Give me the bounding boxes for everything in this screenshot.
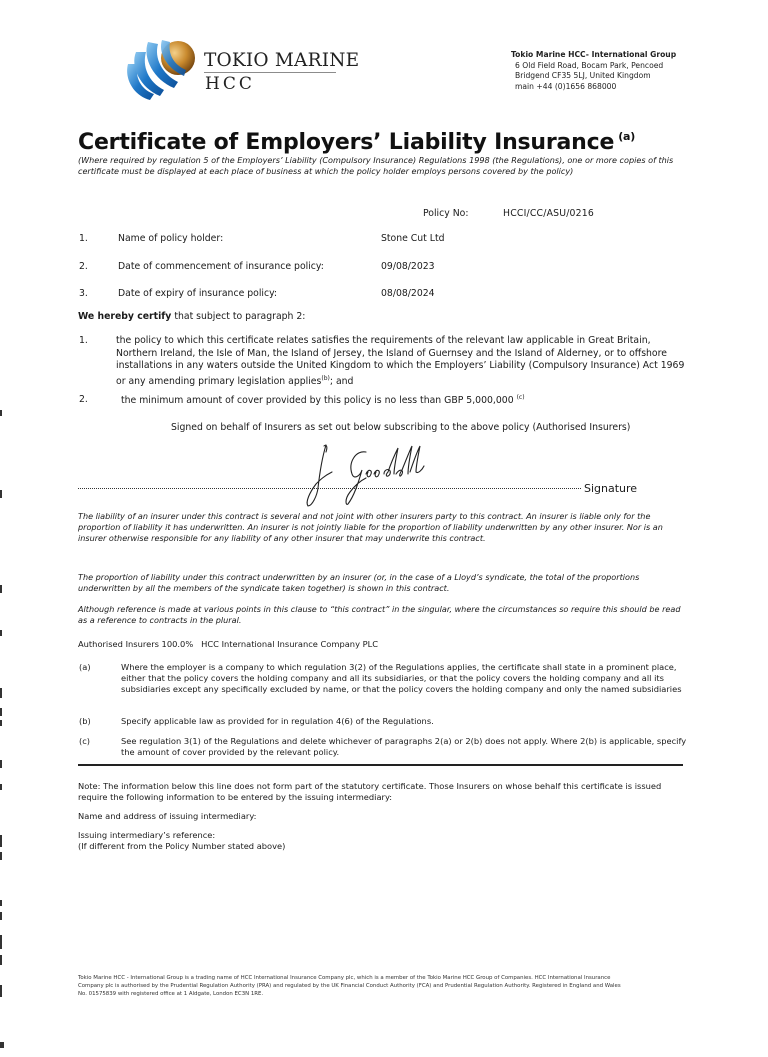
footnote-ref-c: (c): [517, 394, 525, 401]
title-subtitle: (Where required by regulation 5 of the E…: [78, 155, 693, 177]
scan-mark: [0, 1042, 4, 1048]
handwritten-signature-icon: [296, 440, 446, 510]
scan-mark: [0, 490, 2, 498]
intermediary-reference-label: Issuing intermediary’s reference:: [78, 830, 285, 841]
policy-holder-value: Stone Cut Ltd: [381, 233, 445, 244]
scan-mark: [0, 720, 2, 726]
page-title: Certificate of Employers’ Liability Insu…: [78, 130, 635, 155]
paragraph-1-text: the policy to which this certificate rel…: [116, 335, 684, 387]
brand-subname: HCC: [205, 74, 255, 94]
intermediary-reference-sub: (If different from the Policy Number sta…: [78, 841, 285, 852]
note-b: Specify applicable law as provided for i…: [121, 716, 696, 727]
note-c: See regulation 3(1) of the Regulations a…: [121, 736, 696, 758]
scan-mark: [0, 708, 2, 716]
company-address: Tokio Marine HCC- International Group 6 …: [511, 50, 676, 92]
several-liability-clause: The liability of an insurer under this c…: [78, 511, 688, 543]
authorised-insurers: Authorised Insurers 100.0% HCC Internati…: [78, 639, 378, 649]
proportion-clause: The proportion of liability under this c…: [78, 572, 688, 594]
scan-mark: [0, 985, 2, 997]
scan-mark: [0, 760, 2, 768]
footnote-ref-b: (b): [321, 375, 330, 382]
intermediary-name-address-label: Name and address of issuing intermediary…: [78, 811, 256, 821]
address-line1: 6 Old Field Road, Bocam Park, Pencoed: [511, 61, 676, 72]
intermediary-note: Note: The information below this line do…: [78, 781, 678, 803]
certify-heading: We hereby certify that subject to paragr…: [78, 311, 305, 322]
certify-paragraph-1: the policy to which this certificate rel…: [116, 335, 686, 388]
scan-mark: [0, 912, 2, 920]
scan-mark: [0, 900, 2, 906]
statutory-divider: [78, 764, 683, 766]
brand-divider: [204, 72, 336, 73]
scan-mark: [0, 585, 2, 593]
scan-mark: [0, 955, 2, 965]
contract-plural-clause: Although reference is made at various po…: [78, 604, 688, 626]
paragraph-number: 1.: [79, 335, 88, 346]
signed-on-behalf: Signed on behalf of Insurers as set out …: [171, 422, 630, 433]
commencement-date-value: 09/08/2023: [381, 261, 435, 272]
field-number: 3.: [79, 288, 88, 299]
address-line2: Bridgend CF35 5LJ, United Kingdom: [511, 71, 676, 82]
scan-mark: [0, 784, 2, 790]
paragraph-number: 2.: [79, 394, 88, 405]
field-number: 2.: [79, 261, 88, 272]
policy-number-value: HCCI/CC/ASU/0216: [503, 208, 594, 219]
note-a: Where the employer is a company to which…: [121, 662, 696, 695]
certify-paragraph-2: the minimum amount of cover provided by …: [121, 394, 525, 406]
field-number: 1.: [79, 233, 88, 244]
legal-footer: Tokio Marine HCC - International Group i…: [78, 974, 623, 998]
scan-mark: [0, 630, 2, 636]
address-phone: main +44 (0)1656 868000: [511, 82, 676, 93]
note-letter: (a): [79, 662, 91, 672]
certify-rest: that subject to paragraph 2:: [171, 311, 305, 322]
paragraph-1-end: ; and: [330, 376, 354, 387]
title-text: Certificate of Employers’ Liability Insu…: [78, 130, 614, 155]
scan-mark: [0, 410, 2, 416]
certify-bold: We hereby certify: [78, 311, 171, 322]
paragraph-2-text: the minimum amount of cover provided by …: [121, 395, 514, 406]
policy-holder-label: Name of policy holder:: [118, 233, 223, 244]
signature-label: Signature: [584, 482, 637, 495]
address-company: Tokio Marine HCC- International Group: [511, 50, 676, 61]
title-footnote-ref: (a): [618, 130, 635, 143]
intermediary-reference: Issuing intermediary’s reference: (If di…: [78, 830, 285, 852]
expiry-date-label: Date of expiry of insurance policy:: [118, 288, 277, 299]
brand-name: TOKIO MARINE: [204, 50, 359, 71]
scan-mark: [0, 852, 2, 860]
note-letter: (b): [79, 716, 91, 726]
scan-mark: [0, 935, 2, 949]
scan-mark: [0, 835, 2, 847]
scan-mark: [0, 688, 2, 698]
policy-number-label: Policy No:: [423, 208, 468, 219]
commencement-date-label: Date of commencement of insurance policy…: [118, 261, 324, 272]
tokio-marine-globe-logo-icon: [120, 34, 200, 104]
expiry-date-value: 08/08/2024: [381, 288, 435, 299]
note-letter: (c): [79, 736, 90, 746]
